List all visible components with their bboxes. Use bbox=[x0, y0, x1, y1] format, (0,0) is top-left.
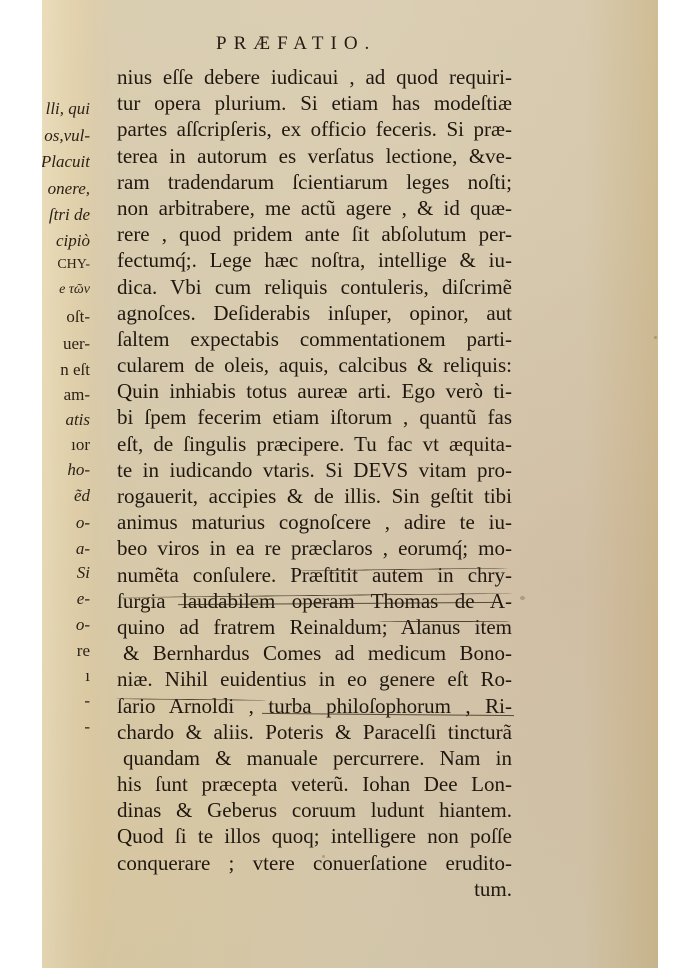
margin-fragment: - bbox=[84, 718, 90, 735]
margin-fragment: ı bbox=[85, 667, 90, 684]
margin-fragment: o- bbox=[76, 616, 90, 633]
text-line: ſaltem expectabis commentationem parti- bbox=[117, 326, 512, 352]
foxing-spot bbox=[654, 336, 657, 339]
text-line: numẽta conſulere. Præſtitit autem in chr… bbox=[117, 562, 512, 588]
margin-fragment: uer- bbox=[63, 335, 90, 352]
text-line: & Bernhardus Comes ad medicum Bono- bbox=[117, 640, 512, 666]
text-line: dinas & Geberus coruum ludunt hiantem. bbox=[117, 797, 512, 823]
text-line: te in iudicando vtaris. Si DEVS vitam pr… bbox=[117, 457, 512, 483]
margin-fragment: re bbox=[77, 642, 90, 659]
margin-fragment: Placuit bbox=[42, 153, 90, 170]
text-line: bi ſpem fecerim etiam iſtorum , quantũ f… bbox=[117, 404, 512, 430]
margin-fragment: - bbox=[84, 692, 90, 709]
text-line: quandam & manuale percurrere. Nam in bbox=[117, 745, 512, 771]
text-line: ram tradendarum ſcientiarum leges noſti; bbox=[117, 169, 512, 195]
text-line: tum. bbox=[117, 876, 512, 902]
text-line: animus maturius cognoſcere , adire te iu… bbox=[117, 509, 512, 535]
text-line: chardo & aliis. Poteris & Paracelſi tinc… bbox=[117, 719, 512, 745]
margin-fragment: n eſt bbox=[60, 361, 90, 378]
running-head: PRÆFATIO. bbox=[216, 33, 376, 55]
margin-fragment: ſtri de bbox=[49, 206, 90, 223]
margin-fragment: oſt- bbox=[66, 308, 90, 325]
text-line: partes aſſcripſeris, ex officio feceris.… bbox=[117, 116, 512, 142]
text-line: his ſunt præcepta veterũ. Iohan Dee Lon- bbox=[117, 771, 512, 797]
text-line: quino ad fratrem Reinaldum; Alanus item bbox=[117, 614, 512, 640]
text-line: terea in autorum es verſatus lectione, &… bbox=[117, 143, 512, 169]
margin-fragment: am- bbox=[64, 386, 90, 403]
foxing-spot bbox=[520, 596, 525, 600]
text-line: Quod ſi te illos quoq; intelligere non p… bbox=[117, 823, 512, 849]
text-line: conquerare ; vtere conuerſatione erudito… bbox=[117, 850, 512, 876]
text-line: dica. Vbi cum reliquis contuleris, diſcr… bbox=[117, 274, 512, 300]
text-line: beo viros in ea re præclaros , eorumq́; … bbox=[117, 535, 512, 561]
margin-fragment: CHY- bbox=[57, 258, 90, 272]
text-line: tur opera plurium. Si etiam has modeſtiæ bbox=[117, 90, 512, 116]
margin-fragment: ıor bbox=[71, 436, 90, 453]
margin-fragment: cipiò bbox=[56, 232, 90, 249]
margin-fragment: os,vul- bbox=[44, 127, 90, 144]
facing-page-margin: lli, qui os,vul- Placuit onere, ſtri de … bbox=[42, 0, 90, 968]
text-line: rogauerit, accipies & de illis. Sin geſt… bbox=[117, 483, 512, 509]
text-line: Quin inhiabis totus aureæ arti. Ego verò… bbox=[117, 378, 512, 404]
text-line: eſt, de ſingulis præcipere. Tu fac vt æq… bbox=[117, 431, 512, 457]
margin-fragment: ẽd bbox=[74, 487, 90, 504]
text-line: niæ. Nihil euidentius in eo genere eſt R… bbox=[117, 666, 512, 692]
text-line: non arbitrabere, me actũ agere , & id qu… bbox=[117, 195, 512, 221]
margin-fragment: lli, qui bbox=[46, 100, 90, 117]
margin-fragment: ho- bbox=[67, 461, 90, 478]
margin-fragment: Si bbox=[77, 564, 90, 581]
margin-fragment: o- bbox=[76, 514, 90, 531]
ink-underline-annotation bbox=[378, 621, 510, 622]
text-line: rere , quod pridem ante ſit abſolutum pe… bbox=[117, 221, 512, 247]
margin-fragment: e τῶν bbox=[59, 283, 90, 297]
text-line: nius eſſe debere iudicaui , ad quod requ… bbox=[117, 64, 512, 90]
margin-fragment: onere, bbox=[48, 180, 90, 197]
text-line: agnoſces. Deſiderabis inſuper, opinor, a… bbox=[117, 300, 512, 326]
margin-fragment: a- bbox=[76, 540, 90, 557]
margin-fragment: atis bbox=[65, 411, 90, 428]
text-line: cularem de oleis, aquis, calcibus & reli… bbox=[117, 352, 512, 378]
body-text: nius eſſe debere iudicaui , ad quod requ… bbox=[117, 64, 512, 902]
text-line: ſurgia laudabilem operam Thomas de A- bbox=[117, 588, 512, 614]
text-line: fectumq́;. Lege hæc noſtra, intellige & … bbox=[117, 247, 512, 273]
margin-fragment: e- bbox=[77, 590, 90, 607]
